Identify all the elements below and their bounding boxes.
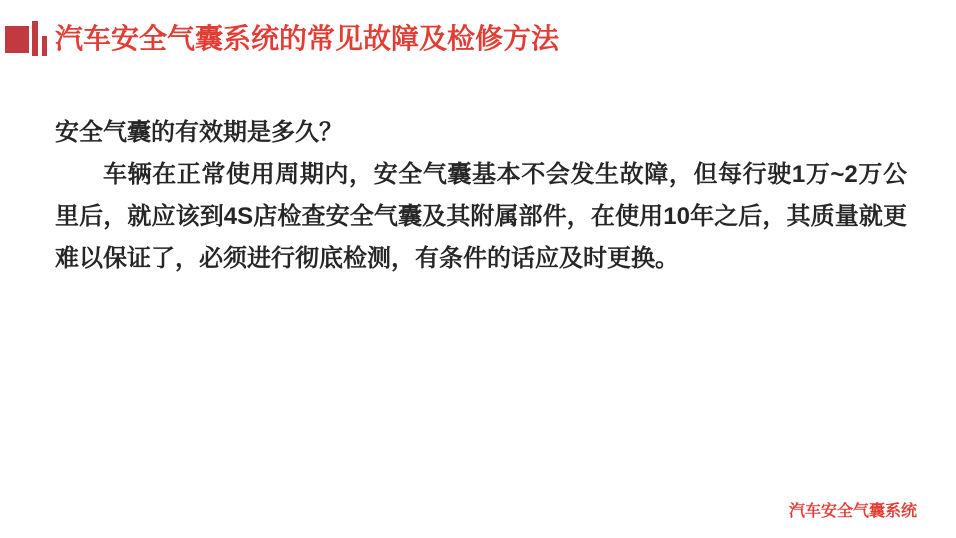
- body-text-block: 安全气囊的有效期是多久？ 车辆在正常使用周期内，安全气囊基本不会发生故障，但每行…: [55, 112, 907, 280]
- body-paragraph: 车辆在正常使用周期内，安全气囊基本不会发生故障，但每行驶1万~2万公里后，就应该…: [55, 154, 907, 280]
- footer-label: 汽车安全气囊系统: [789, 498, 917, 521]
- slide: 汽车安全气囊系统的常见故障及检修方法 安全气囊的有效期是多久？ 车辆在正常使用周…: [0, 0, 956, 538]
- title-decor-tall-bar-icon: [32, 21, 38, 56]
- slide-title: 汽车安全气囊系统的常见故障及检修方法: [55, 22, 915, 56]
- title-decor-square-icon: [5, 26, 29, 53]
- title-decor-short-bar-icon: [42, 36, 47, 56]
- body-heading: 安全气囊的有效期是多久？: [55, 112, 907, 154]
